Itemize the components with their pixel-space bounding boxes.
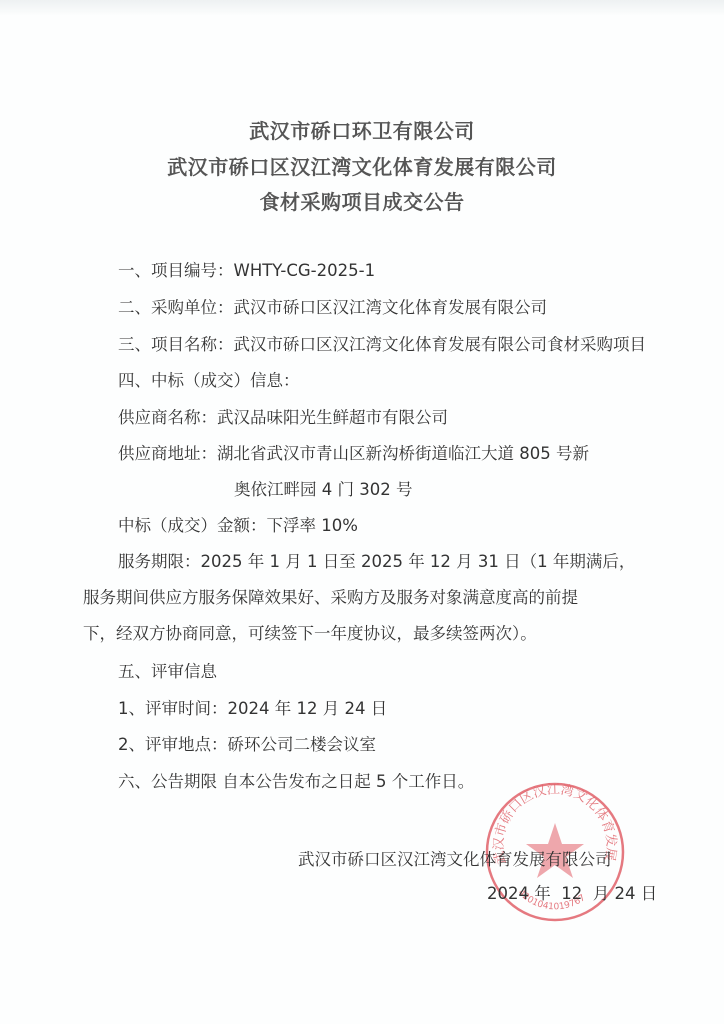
signature-company: 武汉市硚口区汉江湾文化体育发展有限公司 <box>298 846 612 870</box>
service-period-line3: 下，经双方协商同意，可续签下一年度协议，最多续签两次）。 <box>83 623 537 645</box>
project-name: 三、项目名称：武汉市硚口区汉江湾文化体育发展有限公司食材采购项目 <box>118 334 646 356</box>
service-period-line2: 服务期间供应方服务保障效果好、采购方及服务对象满意度高的前提 <box>83 587 578 609</box>
title-line-3: 食材采购项目成交公告 <box>0 185 724 221</box>
service-period-line1: 服务期限：2025 年 1 月 1 日至 2025 年 12 月 31 日（1 … <box>118 551 635 573</box>
title-line-2: 武汉市硚口区汉江湾文化体育发展有限公司 <box>0 150 724 186</box>
supplier-address-line2: 奥依江畔园 4 门 302 号 <box>234 479 412 501</box>
review-location: 2、评审地点：硚环公司二楼会议室 <box>118 734 376 756</box>
signature-date: 2024 年 12 月 24 日 <box>487 880 657 904</box>
review-time: 1、评审时间：2024 年 12 月 24 日 <box>118 698 387 720</box>
document-title-block: 武汉市硚口环卫有限公司 武汉市硚口区汉江湾文化体育发展有限公司 食材采购项目成交… <box>0 114 724 221</box>
review-title: 五、评审信息 <box>118 661 217 683</box>
project-number: 一、项目编号：WHTY-CG-2025-1 <box>118 260 375 282</box>
supplier-address-line1: 供应商地址：湖北省武汉市青山区新沟桥街道临江大道 805 号新 <box>118 443 589 465</box>
supplier-name: 供应商名称：武汉品味阳光生鲜超市有限公司 <box>118 407 448 429</box>
title-line-1: 武汉市硚口环卫有限公司 <box>0 114 724 150</box>
notice-period: 六、公告期限 自本公告发布之日起 5 个工作日。 <box>118 771 474 793</box>
purchaser: 二、采购单位：武汉市硚口区汉江湾文化体育发展有限公司 <box>118 297 547 319</box>
award-info-title: 四、中标（成交）信息： <box>118 370 300 392</box>
award-amount: 中标（成交）金额：下浮率 10% <box>118 515 358 537</box>
scan-artifact-strip <box>0 0 724 16</box>
